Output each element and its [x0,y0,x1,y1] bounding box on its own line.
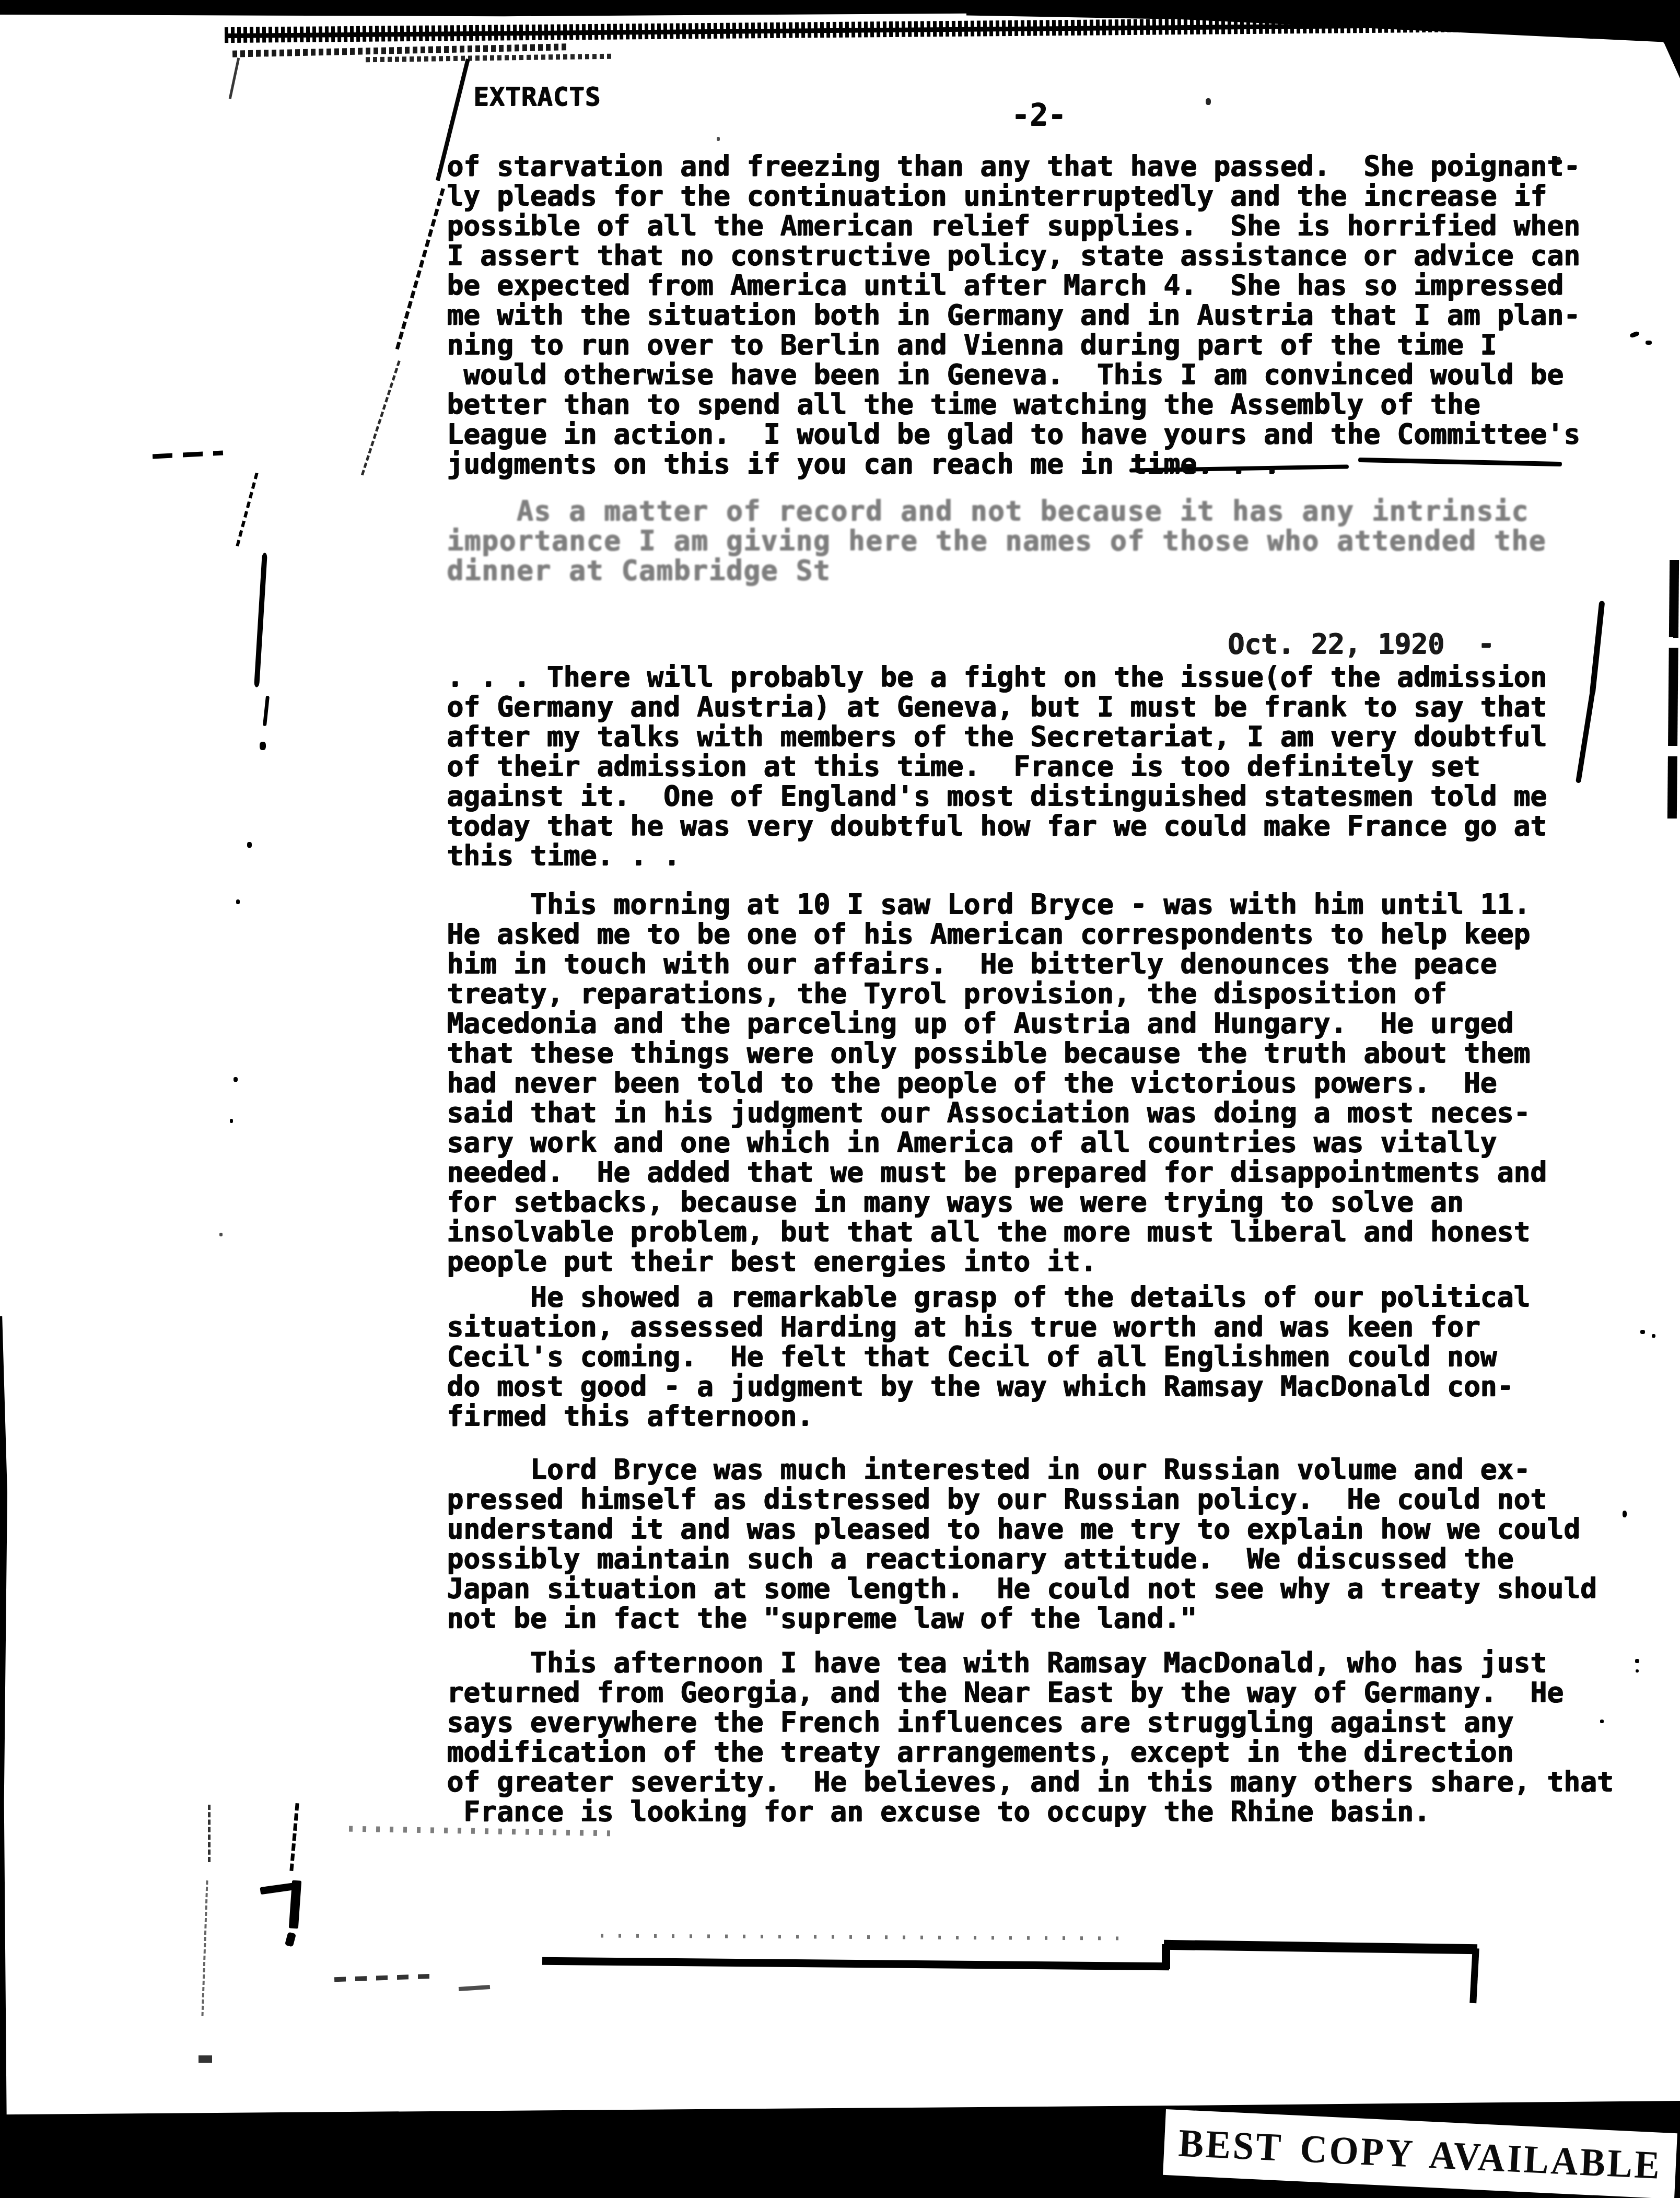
paragraph-6: This afternoon I have tea with Ramsay Ma… [447,1648,1614,1827]
underpage-speckles-2 [334,1974,434,1982]
scan-fold-squiggle [236,473,258,547]
underpage-edge-4 [1469,1948,1479,2004]
underpage-speckles-1 [601,1934,1123,1940]
ink-speck [236,899,240,904]
ink-speck [1646,341,1652,345]
scan-edge-right-mid [1667,560,1679,819]
ink-speck [260,742,266,750]
scan-slash-mark-3 [361,360,401,475]
date-line: Oct. 22, 1920 - [1228,629,1495,659]
corner-mark-blob [285,1932,296,1947]
scan-fold-lower-1 [208,1805,211,1862]
scan-fold-lower-3 [199,2055,212,2063]
scan-fold-lower-2 [201,1880,208,2016]
underpage-edge-2 [1164,1940,1477,1954]
paragraph-4: He showed a remarkable grasp of the deta… [447,1282,1530,1431]
scan-slash-mark-2 [395,188,445,350]
scan-fold-stroke [254,553,267,687]
ink-speck [1629,331,1640,338]
paragraph-5: Lord Bryce was much interested in our Ru… [447,1455,1597,1633]
corner-mark-dash [289,1803,299,1871]
underpage-speckles-3 [459,1985,490,1991]
page-number: -2- [1011,100,1066,130]
paragraph-3: This morning at 10 I saw Lord Bryce - wa… [447,890,1547,1277]
scan-edge-top-noise-3 [366,54,611,63]
margin-pen-stroke-right-2 [1576,689,1595,783]
paragraph-1: of starvation and freezing than any that… [447,151,1580,479]
ink-speck [1635,1659,1639,1663]
ink-speck [1636,1669,1639,1673]
ink-speck [247,842,252,848]
document-title: EXTRACTS [473,83,601,112]
scan-edge-left-strip [0,1316,7,2198]
ink-speck [1652,1334,1655,1338]
margin-pen-stroke-right-1 [1590,601,1605,695]
ink-speck [234,1077,238,1082]
scan-edge-top-noise-1 [225,15,1677,43]
ink-speck [230,1119,233,1123]
underpage-edge-1 [542,1957,1169,1970]
ink-speck [717,137,720,141]
scan-curl-mark [229,57,240,99]
ink-speck [219,1233,223,1236]
illegible-paragraph: As a matter of record and not because it… [447,496,1546,586]
underpage-edge-3 [1162,1944,1170,1969]
paragraph-2: . . . There will probably be a fight on … [447,662,1547,871]
ink-speck [1206,98,1211,105]
margin-dash-left [153,450,223,459]
ink-speck [1623,1511,1627,1517]
scan-fold-stroke-2 [263,696,270,726]
scanned-document-page: EXTRACTS -2- of starvation and freezing … [0,0,1680,2198]
ink-speck [1640,1330,1645,1334]
